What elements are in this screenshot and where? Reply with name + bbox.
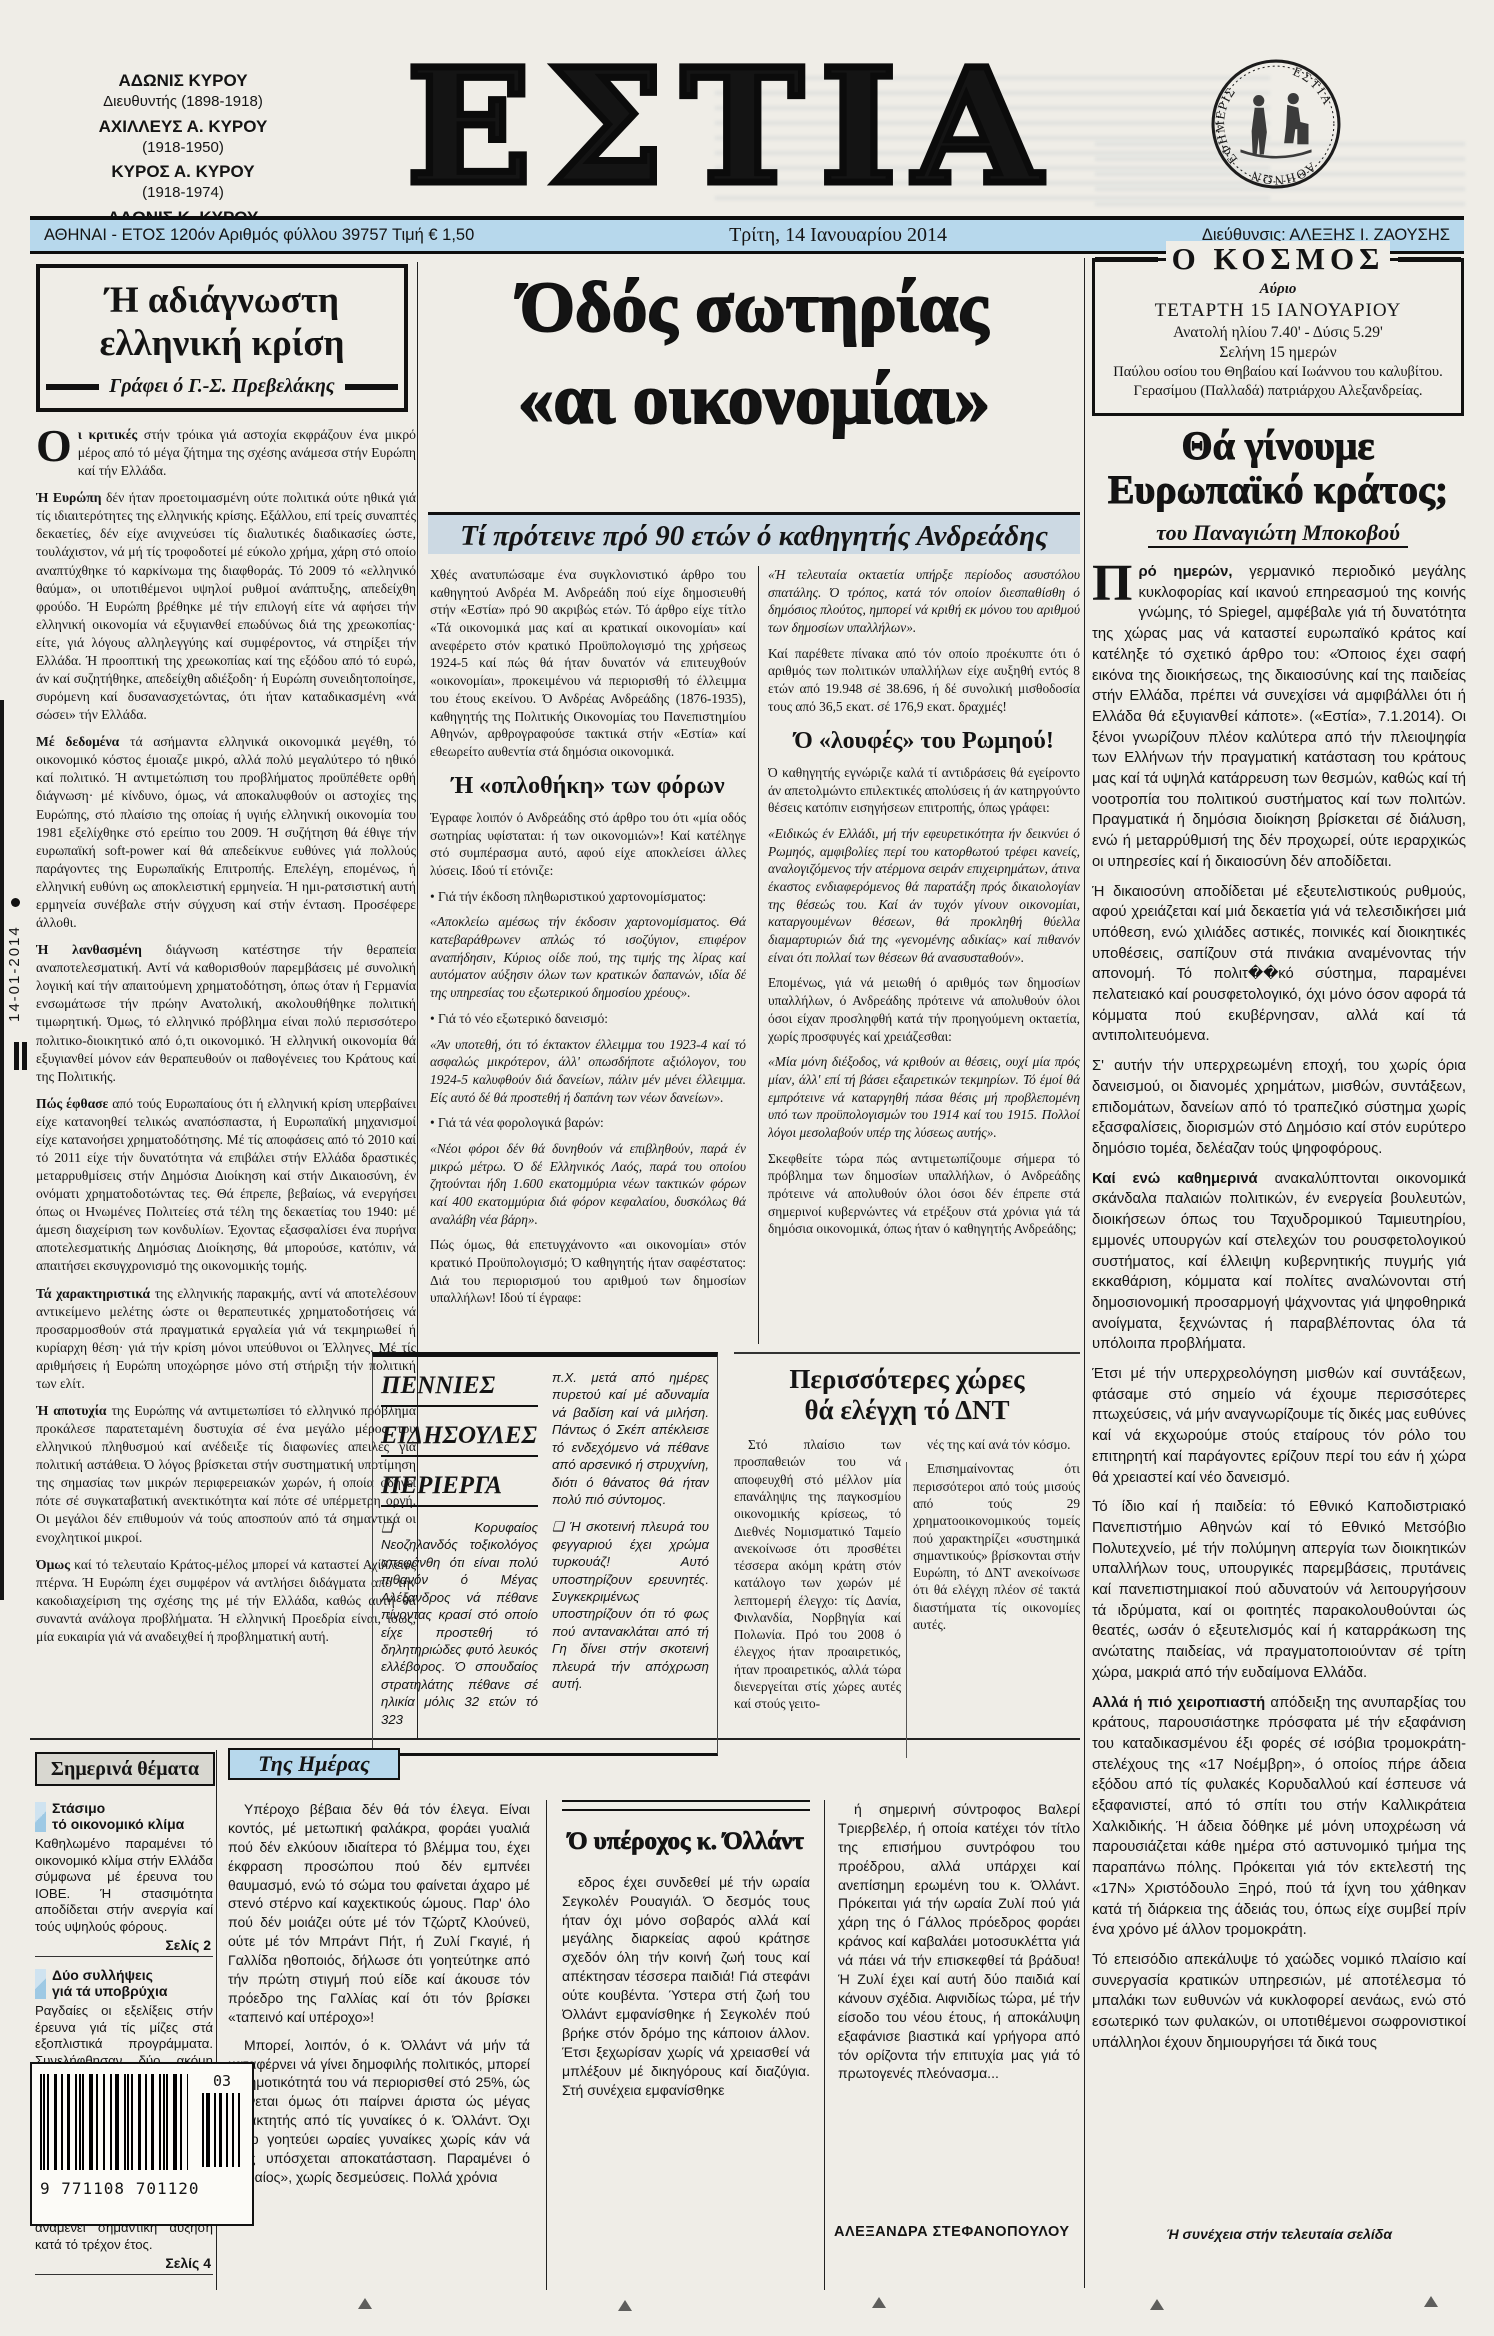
scan-edge-line	[0, 700, 4, 1600]
kosmos-tomorrow: Αύριο	[1095, 281, 1461, 298]
kosmos-sun: Ανατολή ηλίου 7.40' - Δύσις 5.29'	[1095, 324, 1461, 342]
paragraph: Επισημαίνοντας ότι περισσότεροι από τούς…	[913, 1460, 1080, 1633]
column-divider	[546, 1800, 547, 2290]
dropcap: Ο	[36, 427, 72, 465]
pennies-col2: π.Χ. μετά από ημέρες πυρετού καί μέ αδυν…	[552, 1369, 709, 1741]
imf-col1: Στό πλαίσιο των προσπαθειών του νά αποφε…	[734, 1436, 901, 1720]
newspaper-emblem: ΕΣΤΙΑ ΑΘΗΝΩΝ ΕΦΗΜΕΡΙΣ	[1210, 58, 1342, 190]
paragraph: Καί παρέθετε πίνακα από τόν οποίο προέκυ…	[768, 645, 1080, 716]
paragraph: • Γιά τά νέα φορολογικά βαρών:	[430, 1114, 746, 1132]
editorial-headline: Θά γίνουμε Ευρωπαϊκό κράτος;	[1092, 424, 1464, 512]
topic-page-ref: Σελίς 4	[35, 2253, 213, 2275]
paragraph: Έτσι μέ τήν υπερχρεολόγηση μισθών καί συ…	[1092, 1364, 1466, 1488]
paragraph: • Γιά τήν έκδοση πληθωριστικού χαρτονομί…	[430, 888, 746, 906]
paragraph: εδρος έχει συνδεθεί μέ τήν ωραία Σεγκολέ…	[562, 1873, 810, 2100]
director-entry: ΑΔΩΝΙΣ ΚΥΡΟΥ Διευθυντής (1898-1918)	[52, 70, 314, 112]
paragraph: Καί ενώ καθημερινά ανακαλύπτονται οικονο…	[1092, 1169, 1466, 1355]
paragraph: «Μία μόνη διέξοδος, νά κριθούν αι θέσεις…	[768, 1053, 1080, 1141]
scan-artifact	[618, 2300, 632, 2311]
kosmos-date: ΤΕΤΑΡΤΗ 15 ΙΑΝΟΥΑΡΙΟΥ	[1095, 300, 1461, 322]
paragraph: Πρό ημερών, γερμανικό περιοδικό μεγάλης …	[1092, 562, 1466, 873]
tis-imeras-col3: ή σημερινή σύντροφος Βαλερί Τριερβελέρ, …	[838, 1800, 1080, 2218]
paragraph: «Αποκλείω αμέσως τήν έκδοσιν χαρτονομίσμ…	[430, 913, 746, 1001]
topic-bullet-icon	[35, 1969, 46, 1999]
paragraph: Τό ίδιο καί ή παιδεία: τό Εθνικό Καποδισ…	[1092, 1497, 1466, 1683]
paragraph: Έγραφε λοιπόν ό Ανδρεάδης στό άρθρο του …	[430, 809, 746, 880]
paragraph: ή σημερινή σύντροφος Βαλερί Τριερβελέρ, …	[838, 1800, 1080, 2083]
opinion-title: Ή αδιάγνωστη ελληνική κρίση	[46, 280, 398, 365]
scan-artifact	[872, 2297, 886, 2308]
barcode-addon: 03	[202, 2072, 242, 2167]
topic-item: Στάσιμοτό οικονομικό κλίμα Καθηλωμένο πα…	[35, 1800, 213, 1957]
kosmos-saints-1: Παύλου οσίου του Θηβαίου καί Ιωάννου του…	[1095, 364, 1461, 381]
edition-info: ΑΘΗΝΑΙ - ΕΤΟΣ 120όν Αριθμός φύλλου 39757…	[44, 226, 474, 245]
paragraph: Πώς έφθασε από τούς Ευρωπαίους ότι ή ελλ…	[36, 1095, 416, 1276]
newspaper-title: ΕΣΤΙΑ	[368, 48, 1096, 213]
editorial-byline: του Παναγιώτη Μποκοβού	[1092, 520, 1464, 546]
paragraph: Σκεφθείτε τώρα πώς αντιμετωπίζουμε σήμερ…	[768, 1150, 1080, 1238]
imf-col2: νές της καί ανά τόν κόσμο.Επισημαίνοντας…	[913, 1436, 1080, 1720]
kosmos-saints-2: Γερασίμου (Παλλαδά) πατριάρχου Αλεξανδρε…	[1095, 383, 1461, 400]
continuation-note: Ή συνέχεια στήν τελευταία σελίδα	[1092, 2226, 1466, 2242]
pennies-heading: ΕΙΔΗΣΟΥΛΕΣ	[381, 1419, 538, 1457]
paragraph: Σ' αυτήν τήν υπερχρεωμένη εποχή, του χωρ…	[1092, 1056, 1466, 1160]
paragraph: Τά χαρακτηριστικά της ελληνικής παρακμής…	[36, 1285, 416, 1393]
barcode-bars	[40, 2074, 188, 2170]
paragraph: Χθές ανατυπώσαμε ένα συγκλονιστικό άρθρο…	[430, 566, 746, 761]
paragraph: «Άν υποτεθή, ότι τό έκτακτον έλλειμμα το…	[430, 1036, 746, 1107]
tis-imeras-col1: Υπέροχο βέβαια δέν θά τόν έλεγα. Είναι κ…	[228, 1800, 530, 2292]
barcode-digits: 9 771108 701120	[40, 2179, 244, 2198]
column-divider	[824, 1800, 825, 2290]
headline-rules	[562, 1800, 810, 1811]
paragraph: Ή αποτυχία της Ευρώπης νά αντιμετωπίσει …	[36, 1402, 416, 1547]
topics-header: Σημερινά θέματα	[35, 1752, 215, 1786]
paragraph: Ό καθηγητής εγνώριζε καλά τί αντιδράσεις…	[768, 764, 1080, 817]
kosmos-title: Ο ΚΟΣΜΟΣ	[1166, 241, 1391, 277]
paragraph: Επομένως, γιά νά μειωθή ό αριθμός των δη…	[768, 974, 1080, 1045]
paragraph: Ή δικαιοσύνη αποδίδεται μέ εξευτελιστικο…	[1092, 882, 1466, 1048]
paragraph: ❑ Κορυφαίος Νεοζηλανδός τοξικολόγος απεφ…	[381, 1519, 538, 1728]
scan-artifact	[1424, 2296, 1438, 2307]
paragraph: Τό επεισόδιο απεκάλυψε τό χαώδες νομικό …	[1092, 1950, 1466, 2054]
main-kicker: Τί πρότεινε πρό 90 ετών ό καθηγητής Ανδρ…	[428, 512, 1080, 554]
paragraph: ❑ Ή σκοτεινή πλευρά του φεγγαριού έχει χ…	[552, 1518, 709, 1692]
pennies-heading: ΠΕΡΙΕΡΓΑ	[381, 1469, 538, 1507]
paragraph: Ό «λουφές» του Ρωμηού!	[768, 728, 1080, 754]
imf-article: Περισσότερες χώρες θά ελέγχη τό ΔΝΤ Στό …	[734, 1352, 1080, 1762]
topic-bullet-icon	[35, 1802, 46, 1832]
tis-imeras-headline: Ό υπέροχος κ. Όλλάντ	[562, 1825, 810, 1859]
paragraph: • Γιά τό νέο εξωτερικό δανεισμό:	[430, 1010, 746, 1028]
main-headline: Όδός σωτηρίας «αι οικονομίαι»	[428, 262, 1080, 447]
scan-artifact	[358, 2298, 372, 2309]
editorial-body: Πρό ημερών, γερμανικό περιοδικό μεγάλης …	[1092, 562, 1466, 2222]
scan-artifact	[1150, 2299, 1164, 2310]
director-entry: ΑΧΙΛΛΕΥΣ Α. ΚΥΡΟΥ (1918-1950)	[52, 116, 314, 158]
edge-dot	[11, 898, 20, 907]
topic-page-ref: Σελίς 2	[35, 1935, 213, 1957]
tis-imeras-col2: Ό υπέροχος κ. Όλλάντ εδρος έχει συνδεθεί…	[562, 1800, 810, 2292]
kosmos-calendar-box: Ο ΚΟΣΜΟΣ Αύριο ΤΕΤΑΡΤΗ 15 ΙΑΝΟΥΑΡΙΟΥ Ανα…	[1092, 258, 1464, 416]
paragraph: Αλλά ή πιό χειροπιαστή απόδειξη της ανυπ…	[1092, 1693, 1466, 1941]
pennies-heading: ΠΕΝΝΙΕΣ	[381, 1369, 538, 1407]
paragraph: Μέ δεδομένα τά ασήμαντα ελληνικά οικονομ…	[36, 733, 416, 932]
newspaper-front-page: ΑΔΩΝΙΣ ΚΥΡΟΥ Διευθυντής (1898-1918) ΑΧΙΛ…	[0, 0, 1494, 2336]
main-article-col1: Χθές ανατυπώσαμε ένα συγκλονιστικό άρθρο…	[430, 566, 746, 1346]
issue-date: Τρίτη, 14 Ιανουαρίου 2014	[729, 224, 947, 247]
registration-mark	[22, 1042, 27, 1070]
paragraph: «Νέοι φόροι δέν θά δυνηθούν νά επιβληθού…	[430, 1140, 746, 1228]
paragraph: «Ειδικώς έν Ελλάδι, μή τήν εφευρετικότητ…	[768, 825, 1080, 967]
paragraph: Ή λανθασμένη διάγνωση κατέστησε τήν θερα…	[36, 941, 416, 1086]
column-divider	[758, 566, 759, 1344]
director-entry: ΚΥΡΟΣ Α. ΚΥΡΟΥ (1918-1974)	[52, 161, 314, 203]
paragraph: Όμως καί τό τελευταίο Κράτος-μέλος μπορε…	[36, 1556, 416, 1646]
main-article-col2: «Ή τελευταία οκταετία υπήρξε περίοδος ασ…	[768, 566, 1080, 1346]
paragraph: Μπορεί, λοιπόν, ό κ. Όλλάντ νά μήν τά κα…	[228, 2036, 530, 2187]
author-signature: ΑΛΕΞΑΝΔΡΑ ΣΤΕΦΑΝΟΠΟΥΛΟΥ	[834, 2224, 1084, 2240]
paragraph: Ή «οπλοθήκη» των φόρων	[430, 773, 746, 799]
registration-mark	[14, 1042, 19, 1070]
paragraph: Στό πλαίσιο των προσπαθειών του νά αποφε…	[734, 1436, 901, 1713]
paragraph: π.Χ. μετά από ημέρες πυρετού καί μέ αδυν…	[552, 1369, 709, 1508]
paragraph: Υπέροχο βέβαια δέν θά τόν έλεγα. Είναι κ…	[228, 1800, 530, 2027]
paragraph: Οι κριτικές στήν τρόικα γιά αστοχία εκφρ…	[36, 426, 416, 480]
column-divider	[1084, 258, 1085, 2288]
pennies-news-box: ΠΕΝΝΙΕΣΕΙΔΗΣΟΥΛΕΣΠΕΡΙΕΡΓΑ ❑ Κορυφαίος Νε…	[372, 1352, 718, 1756]
svg-text:ΕΦΗΜΕΡΙΣ: ΕΦΗΜΕΡΙΣ	[1212, 84, 1240, 167]
kosmos-moon: Σελήνη 15 ημερών	[1095, 344, 1461, 362]
opinion-headline-box: Ή αδιάγνωστη ελληνική κρίση Γράφει ό Γ.-…	[36, 264, 408, 412]
paragraph: «Ή τελευταία οκταετία υπήρξε περίοδος ασ…	[768, 566, 1080, 637]
imf-title: Περισσότερες χώρες θά ελέγχη τό ΔΝΤ	[734, 1364, 1080, 1426]
pennies-col1: ΠΕΝΝΙΕΣΕΙΔΗΣΟΥΛΕΣΠΕΡΙΕΡΓΑ ❑ Κορυφαίος Νε…	[381, 1369, 538, 1741]
opinion-byline: Γράφει ό Γ.-Σ. Πρεβελάκης	[109, 375, 334, 398]
issn-barcode: 03 9 771108 701120	[30, 2062, 254, 2226]
edge-date: 14-01-2014	[6, 925, 23, 1022]
dropcap: Π	[1092, 563, 1132, 605]
tis-imeras-label: Της Ημέρας	[228, 1748, 400, 1780]
opinion-article-body: Οι κριτικές στήν τρόικα γιά αστοχία εκφρ…	[36, 426, 416, 1732]
paragraph: Πώς όμως, θά επετυγχάνοντο «αι οικονομία…	[430, 1236, 746, 1307]
paragraph: νές της καί ανά τόν κόσμο.	[913, 1436, 1080, 1453]
paragraph: Ή Ευρώπη δέν ήταν προετοιμασμένη ούτε πο…	[36, 489, 416, 724]
